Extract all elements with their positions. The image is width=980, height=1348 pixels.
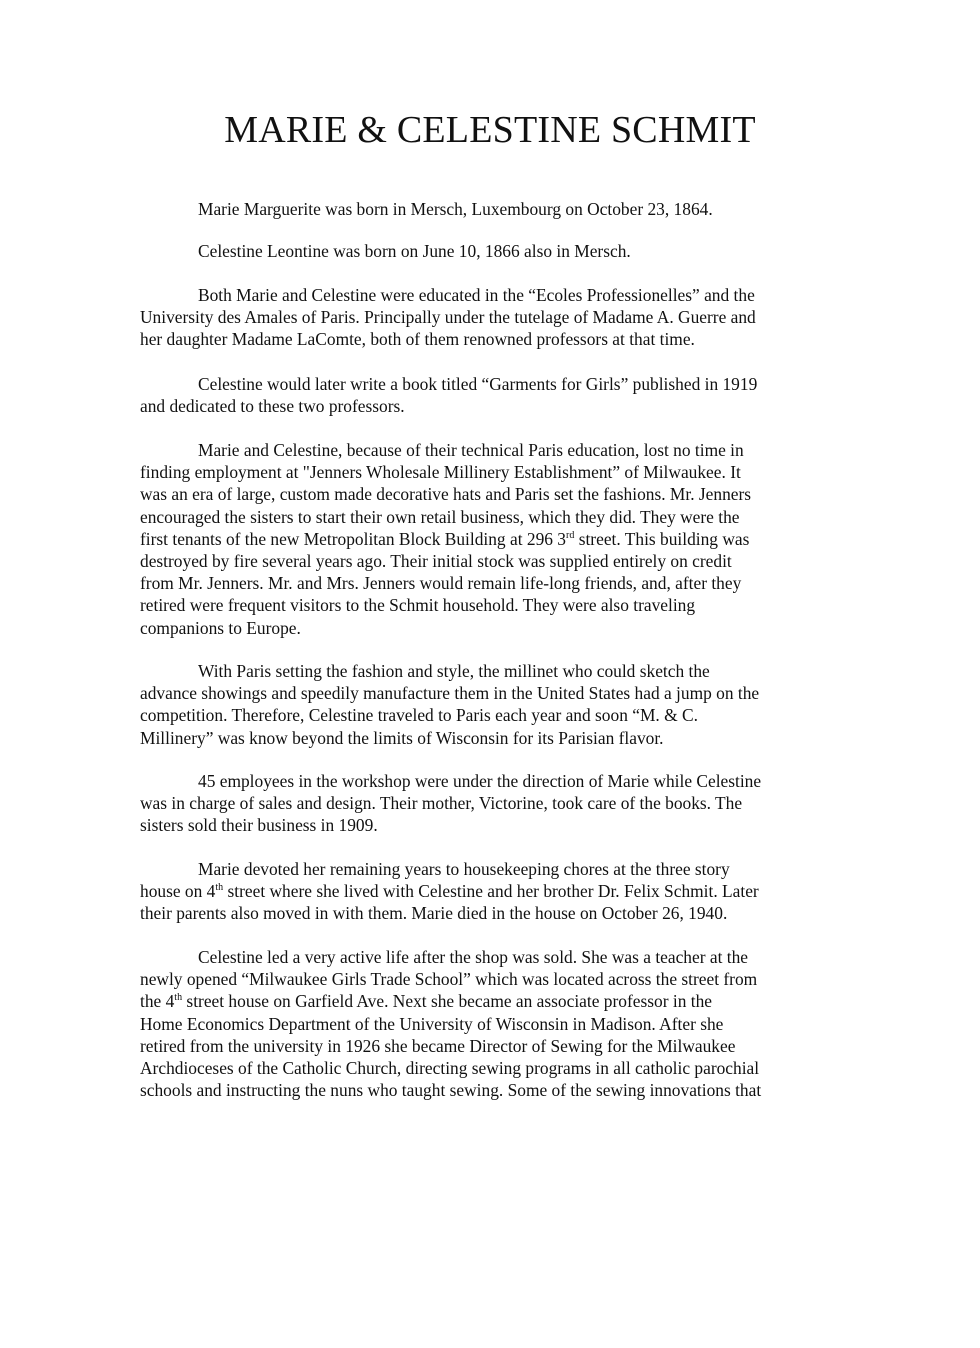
text-line: was in charge of sales and design. Their… <box>140 792 860 814</box>
text-line: Both Marie and Celestine were educated i… <box>140 284 860 306</box>
paragraph-employment: Marie and Celestine, because of their te… <box>140 439 860 639</box>
paragraph-celestine-later-life: Celestine led a very active life after t… <box>140 946 860 1101</box>
text-line: Marie and Celestine, because of their te… <box>140 439 860 461</box>
paragraph-book: Celestine would later write a book title… <box>140 373 860 417</box>
text-line: With Paris setting the fashion and style… <box>140 660 860 682</box>
ordinal-superscript: th <box>215 882 223 893</box>
text-line: and dedicated to these two professors. <box>140 395 860 417</box>
text-line: finding employment at "Jenners Wholesale… <box>140 461 860 483</box>
text-line: first tenants of the new Metropolitan Bl… <box>140 528 860 550</box>
text-line: Archdioceses of the Catholic Church, dir… <box>140 1057 860 1079</box>
ordinal-superscript: rd <box>566 530 574 541</box>
text-line: Marie Marguerite was born in Mersch, Lux… <box>140 198 860 220</box>
text-line: from Mr. Jenners. Mr. and Mrs. Jenners w… <box>140 572 860 594</box>
text-line: the 4th street house on Garfield Ave. Ne… <box>140 990 860 1012</box>
text-line: 45 employees in the workshop were under … <box>140 770 860 792</box>
text-line: Celestine would later write a book title… <box>140 373 860 395</box>
text-line: Celestine Leontine was born on June 10, … <box>140 240 860 262</box>
text-line: sisters sold their business in 1909. <box>140 814 860 836</box>
text-line: house on 4th street where she lived with… <box>140 880 860 902</box>
text-line: retired from the university in 1926 she … <box>140 1035 860 1057</box>
text-line: Celestine led a very active life after t… <box>140 946 860 968</box>
page-title: MARIE & CELESTINE SCHMIT <box>0 108 980 152</box>
text-line: her daughter Madame LaComte, both of the… <box>140 328 860 350</box>
paragraph-paris-fashion: With Paris setting the fashion and style… <box>140 660 860 749</box>
text-line: competition. Therefore, Celestine travel… <box>140 704 860 726</box>
ordinal-superscript: th <box>174 992 182 1003</box>
text-line: Millinery” was know beyond the limits of… <box>140 727 860 749</box>
text-line: retired were frequent visitors to the Sc… <box>140 594 860 616</box>
text-line: companions to Europe. <box>140 617 860 639</box>
text-line: encouraged the sisters to start their ow… <box>140 506 860 528</box>
document-page: MARIE & CELESTINE SCHMIT Marie Marguerit… <box>0 0 980 1348</box>
text-line: schools and instructing the nuns who tau… <box>140 1079 860 1101</box>
text-line: destroyed by fire several years ago. The… <box>140 550 860 572</box>
text-line: Home Economics Department of the Univers… <box>140 1013 860 1035</box>
paragraph-education: Both Marie and Celestine were educated i… <box>140 284 860 351</box>
text-line: their parents also moved in with them. M… <box>140 902 860 924</box>
text-line: Marie devoted her remaining years to hou… <box>140 858 860 880</box>
text-line: University des Amales of Paris. Principa… <box>140 306 860 328</box>
paragraph-marie-birth: Marie Marguerite was born in Mersch, Lux… <box>140 198 860 220</box>
paragraph-celestine-birth: Celestine Leontine was born on June 10, … <box>140 240 860 262</box>
text-line: was an era of large, custom made decorat… <box>140 483 860 505</box>
paragraph-marie-later-years: Marie devoted her remaining years to hou… <box>140 858 860 925</box>
text-line: advance showings and speedily manufactur… <box>140 682 860 704</box>
paragraph-employees: 45 employees in the workshop were under … <box>140 770 860 837</box>
text-line: newly opened “Milwaukee Girls Trade Scho… <box>140 968 860 990</box>
